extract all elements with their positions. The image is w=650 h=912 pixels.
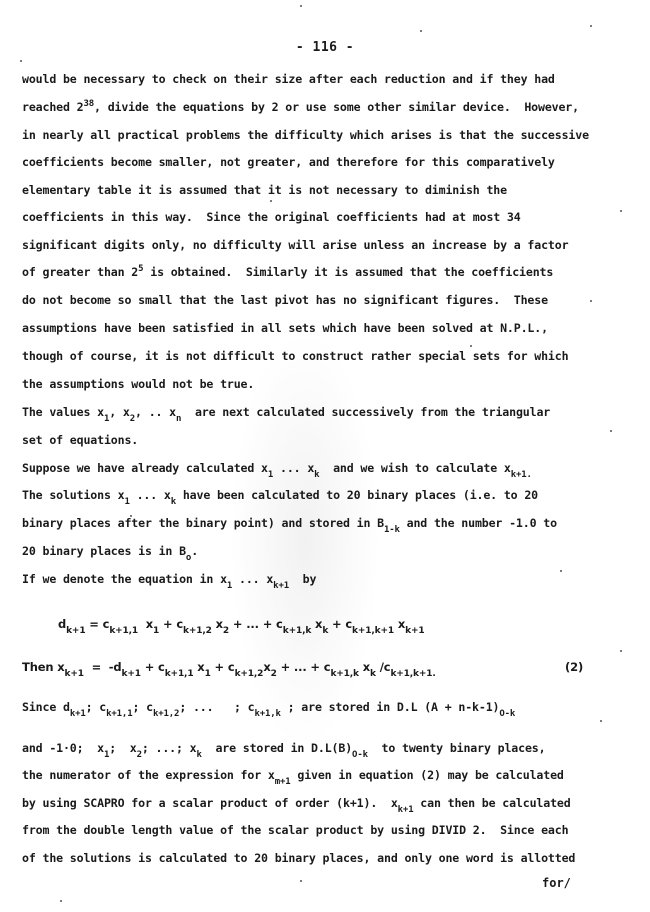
text-line: in nearly all practical problems the dif… — [22, 128, 589, 142]
scan-smudge — [230, 330, 380, 750]
text-line: 20 binary places is in Bo. — [22, 544, 198, 558]
scan-speck — [60, 900, 62, 902]
text-line: by using SCAPRO for a scalar product of … — [22, 796, 571, 810]
text-line: Suppose we have already calculated x1 ..… — [22, 461, 532, 475]
text-line: the numerator of the expression for xm+1… — [22, 768, 564, 782]
scan-speck — [470, 345, 472, 347]
text-line: coefficients in this way. Since the orig… — [22, 210, 521, 224]
text-line: binary places after the binary point) an… — [22, 516, 557, 530]
text-line: do not become so small that the last piv… — [22, 293, 548, 307]
scan-speck — [600, 720, 602, 722]
equation-2: Then xk+1 = -dk+1 + ck+1,1 x1 + ck+1,2x2… — [22, 660, 436, 674]
text-line: of the solutions is calculated to 20 bin… — [22, 851, 575, 865]
text-line: If we denote the equation in x1 ... xk+1… — [22, 572, 316, 586]
scan-speck — [620, 650, 622, 652]
text-line: reached 238, divide the equations by 2 o… — [22, 100, 579, 114]
scan-speck — [350, 470, 352, 472]
text-line: and -1·0; x1; x2; ...; xk are stored in … — [22, 741, 545, 755]
equation-number: (2) — [565, 660, 583, 674]
text-line: coefficients become smaller, not greater… — [22, 155, 555, 169]
scan-speck — [20, 60, 22, 62]
scan-speck — [300, 5, 302, 7]
scan-speck — [420, 30, 422, 32]
scan-speck — [270, 200, 272, 202]
scan-speck — [300, 880, 302, 882]
text-line: Since dk+1; ck+1,1; ck+1,2; ... ; ck+1,k… — [22, 700, 515, 714]
catchword: for/ — [542, 876, 571, 890]
document-page: - 116 - would be necessary to check on t… — [0, 0, 650, 912]
text-line: The values x1, x2, .. xn are next calcul… — [22, 405, 550, 419]
text-line: The solutions x1 ... xk have been calcul… — [22, 488, 538, 502]
text-line: significant digits only, no difficulty w… — [22, 238, 568, 252]
text-line: elementary table it is assumed that it i… — [22, 183, 507, 197]
scan-speck — [560, 570, 562, 572]
scan-speck — [590, 300, 592, 302]
text-line: set of equations. — [22, 433, 138, 447]
scan-speck — [620, 210, 622, 212]
scan-speck — [590, 25, 592, 27]
scan-speck — [130, 515, 132, 517]
page-number: - 116 - — [0, 40, 650, 55]
equation-definition: dk+1 = ck+1,1 x1 + ck+1,2 x2 + ... + ck+… — [58, 617, 424, 631]
text-line: would be necessary to check on their siz… — [22, 72, 555, 86]
text-line: from the double length value of the scal… — [22, 823, 568, 837]
text-line: assumptions have been satisfied in all s… — [22, 321, 548, 335]
scan-speck — [610, 430, 612, 432]
text-line: the assumptions would not be true. — [22, 377, 254, 391]
text-line: of greater than 25 is obtained. Similarl… — [22, 265, 553, 279]
text-line: though of course, it is not difficult to… — [22, 349, 568, 363]
